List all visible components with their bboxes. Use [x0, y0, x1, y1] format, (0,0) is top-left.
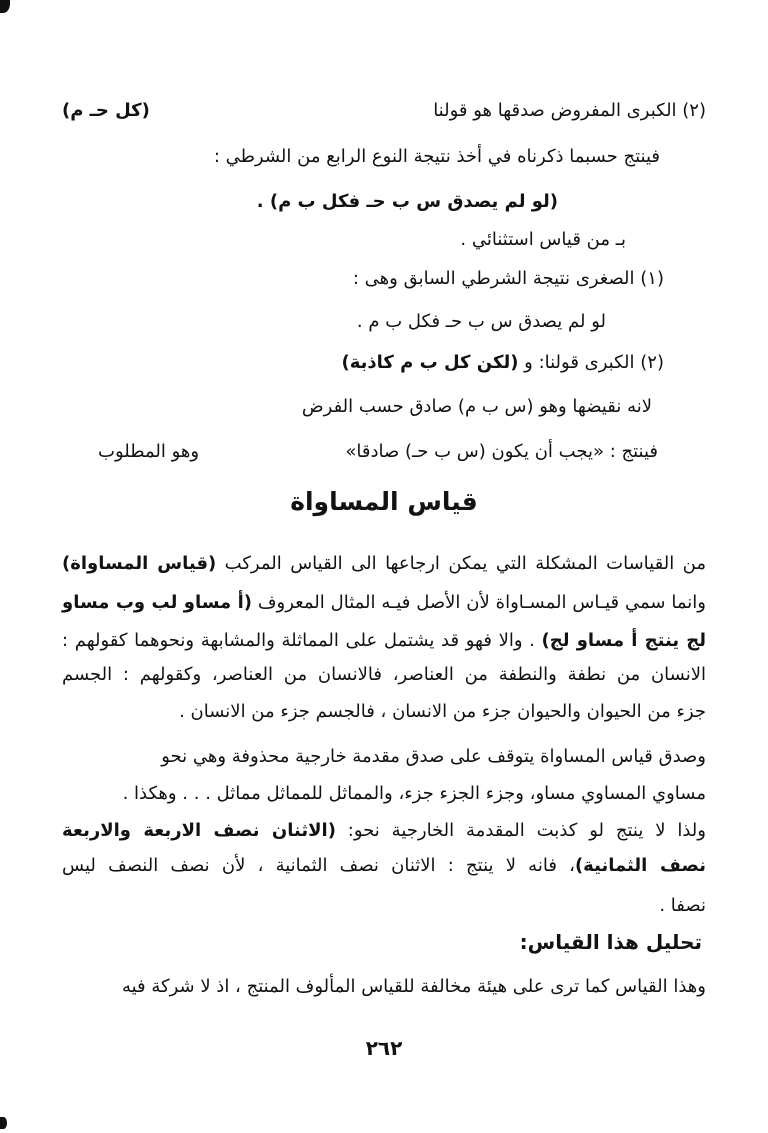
paragraph1-line2: وانما سمي قيـاس المسـاواة لأن الأصل فيـه…	[62, 588, 706, 618]
paragraph1-line5: جزء من الحيوان والحيوان جزء من الانسان ،…	[62, 697, 706, 727]
exceptive-syllogism-label: بـ من قياس استثنائي .	[62, 225, 706, 255]
book-page: (٢) الكبرى المفروض صدقها هو قولنا (كل حـ…	[0, 0, 768, 1133]
paragraph1-line3-text: . والا فهو قد يشتمل على المماثلة والمشاب…	[62, 630, 542, 651]
contradiction-note-line: لانه نقيضها وهو (س ب م) صادق حسب الفرض	[62, 392, 706, 422]
section-title: قياس المساواة	[62, 487, 706, 516]
page-number: ٢٦٢	[0, 1036, 768, 1060]
paragraph3-line1: وهذا القياس كما ترى على هيئة مخالفة للقي…	[62, 972, 706, 1002]
major-premise-formula: (لكن كل ب م كاذبة)	[342, 352, 519, 373]
major-premise-line: (٢) الكبرى قولنا: و (لكن كل ب م كاذبة)	[62, 348, 706, 378]
result-intro-line: فينتج حسبما ذكرناه في أخذ نتيجة النوع ال…	[62, 142, 706, 172]
kubra-premise-text: (٢) الكبرى المفروض صدقها هو قولنا	[433, 96, 706, 126]
paragraph2-line5: نصفا .	[62, 891, 706, 921]
paragraph1-line2-example: (أ مساو لب وب مساو	[62, 592, 252, 613]
paragraph1-line1-text: من القياسات المشكلة التي يمكن ارجاعها ال…	[216, 553, 706, 574]
paragraph2-line3-example: (الاثنان نصف الاربعة والاربعة	[62, 820, 336, 841]
paragraph1-line3-example: لج ينتج أ مساو لج)	[542, 630, 706, 651]
conclusion-line: فينتج : «يجب أن يكون (س ب حـ) صادقا» وهو…	[62, 437, 706, 467]
kubra-premise-symbols: (كل حـ م)	[62, 96, 150, 126]
kubra-premise-line: (٢) الكبرى المفروض صدقها هو قولنا (كل حـ…	[62, 96, 706, 126]
scan-artifact-top-left	[0, 0, 10, 13]
paragraph1-line2-text: وانما سمي قيـاس المسـاواة لأن الأصل فيـه…	[252, 592, 706, 613]
conclusion-remark: وهو المطلوب	[98, 437, 199, 467]
paragraph1-line3: لج ينتج أ مساو لج) . والا فهو قد يشتمل ع…	[62, 626, 706, 656]
paragraph2-line3: ولذا لا ينتج لو كذبت المقدمة الخارجية نح…	[62, 816, 706, 846]
conditional-formula-line: (لو لم يصدق س ب حـ فكل ب م) .	[62, 187, 706, 217]
paragraph2-line4-example: نصف الثمانية)	[575, 855, 706, 876]
paragraph2-line4: نصف الثمانية)، فانه لا ينتج : الاثنان نص…	[62, 851, 706, 881]
paragraph1-line1: من القياسات المشكلة التي يمكن ارجاعها ال…	[62, 549, 706, 579]
paragraph1-line4: الانسان من نطفة والنطفة من العناصر، فالا…	[62, 660, 706, 690]
analysis-subtitle: تحليل هذا القياس:	[62, 930, 702, 954]
paragraph2-line3-text: ولذا لا ينتج لو كذبت المقدمة الخارجية نح…	[336, 820, 706, 841]
scan-artifact-bottom-left	[0, 1117, 7, 1129]
major-premise-text: (٢) الكبرى قولنا: و	[518, 352, 664, 373]
minor-premise-formula: لو لم يصدق س ب حـ فكل ب م .	[62, 307, 706, 337]
paragraph2-line2: مساوي المساوي مساو، وجزء الجزء جزء، والم…	[62, 779, 706, 809]
conclusion-text: فينتج : «يجب أن يكون (س ب حـ) صادقا»	[345, 437, 658, 467]
minor-premise-line: (١) الصغرى نتيجة الشرطي السابق وهى :	[62, 264, 706, 294]
paragraph2-line4-text: ، فانه لا ينتج : الاثنان نصف الثمانية ، …	[62, 855, 575, 876]
paragraph1-line1-term: (قياس المساواة)	[62, 553, 216, 574]
paragraph2-line1: وصدق قياس المساواة يتوقف على صدق مقدمة خ…	[62, 742, 706, 772]
